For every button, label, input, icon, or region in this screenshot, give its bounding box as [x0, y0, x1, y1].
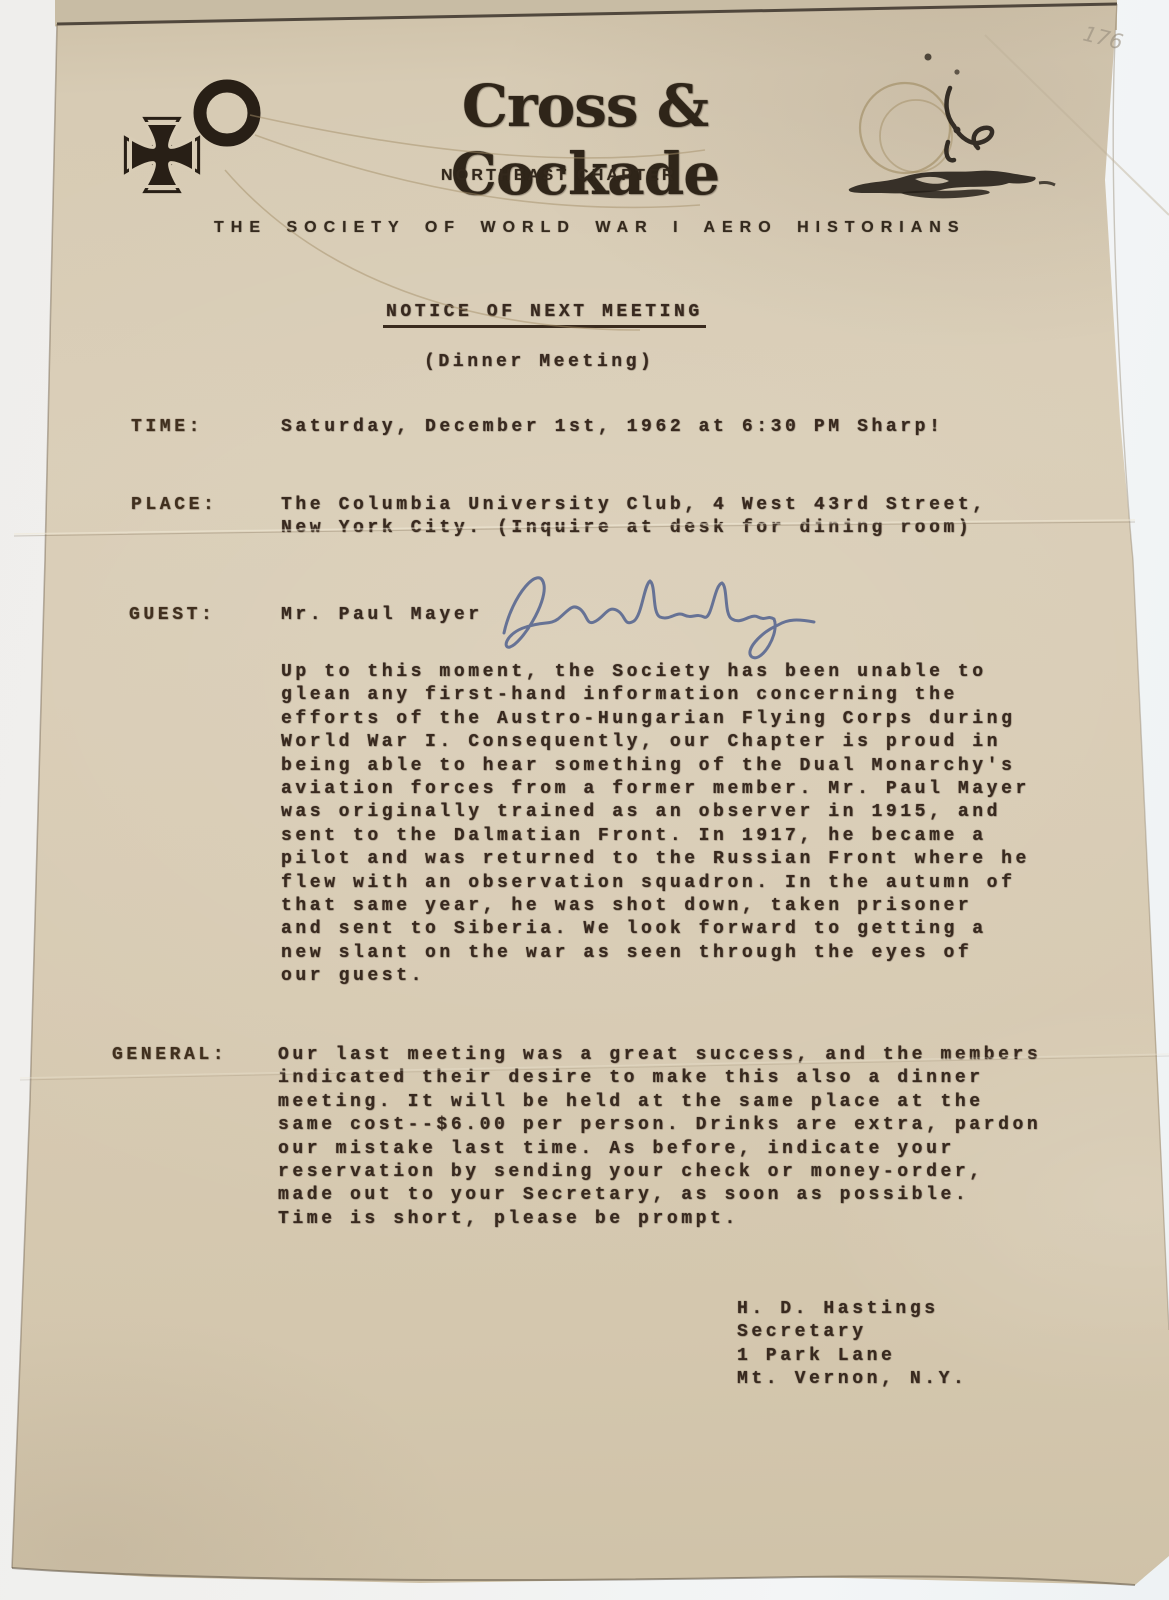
text-line: pilot and was returned to the Russian Fr…: [281, 848, 1030, 871]
text-line: same cost--$6.00 per person. Drinks are …: [278, 1114, 1041, 1137]
text-line: The Columbia University Club, 4 West 43r…: [281, 494, 987, 517]
text-line: indicated their desire to make this also…: [278, 1067, 1041, 1090]
text-line: Secretary: [737, 1320, 967, 1343]
notice-subheading: (Dinner Meeting): [424, 351, 654, 374]
letterhead-title: Cross & Cockade: [340, 72, 830, 208]
text-line: H. D. Hastings: [737, 1297, 967, 1320]
text-line: glean any first-hand information concern…: [281, 684, 1030, 707]
general-paragraph: Our last meeting was a great success, an…: [278, 1044, 1041, 1231]
cockade-ring-icon: [200, 86, 254, 140]
pencil-number-annotation: 176: [1081, 22, 1126, 55]
coffee-ring-stain: [860, 54, 960, 174]
text-line: New York City. (Inquire at desk for dini…: [281, 517, 987, 540]
text-line: Up to this moment, the Society has been …: [281, 661, 1030, 684]
text-line: sent to the Dalmatian Front. In 1917, he…: [281, 825, 1030, 848]
place-label: PLACE:: [131, 494, 217, 517]
guest-label: GUEST:: [129, 604, 215, 627]
text-line: was originally trained as an observer in…: [281, 801, 1030, 824]
society-name: THE SOCIETY OF WORLD WAR I AERO HISTORIA…: [214, 219, 966, 237]
text-line: that same year, he was shot down, taken …: [281, 895, 1030, 918]
paper-bottom-edge: [12, 1568, 1135, 1585]
time-value: Saturday, December 1st, 1962 at 6:30 PM …: [281, 416, 943, 439]
text-line: Our last meeting was a great success, an…: [278, 1044, 1041, 1067]
guest-name: Mr. Paul Mayer: [281, 604, 483, 627]
paper-left-edge: [12, 24, 57, 1568]
text-line: made out to your Secretary, as soon as p…: [278, 1184, 1041, 1207]
iron-cross-icon: [125, 118, 198, 191]
paper-right-edge: [1113, 4, 1169, 1330]
time-label: TIME:: [131, 416, 203, 439]
text-line: 1 Park Lane: [737, 1344, 967, 1367]
closing-block: H. D. HastingsSecretary1 Park LaneMt. Ve…: [737, 1297, 967, 1391]
text-line: reservation by sending your check or mon…: [278, 1161, 1041, 1184]
chapter-name: NORTHEAST CHAPTER: [441, 167, 677, 185]
text-line: Time is short, please be prompt.: [278, 1208, 1041, 1231]
notice-heading: NOTICE OF NEXT MEETING: [383, 301, 706, 328]
text-line: and sent to Siberia. We look forward to …: [281, 918, 1030, 941]
place-value: The Columbia University Club, 4 West 43r…: [281, 494, 987, 541]
text-line: efforts of the Austro-Hungarian Flying C…: [281, 708, 1030, 731]
text-line: aviation forces from a former member. Mr…: [281, 778, 1030, 801]
general-label: GENERAL:: [112, 1044, 227, 1067]
iron-cross-cockade-logo: [118, 68, 308, 208]
airplane-doodle-icon: [946, 88, 992, 160]
photo-background: Cross & Cockade NORTHEAST CHAPTER THE SO…: [0, 0, 1169, 1600]
text-line: meeting. It will be held at the same pla…: [278, 1091, 1041, 1114]
document-content: Cross & Cockade NORTHEAST CHAPTER THE SO…: [0, 0, 1169, 1600]
wrinkle-top-right: [985, 35, 1169, 215]
text-line: new slant on the war as seen through the…: [281, 942, 1030, 965]
text-line: our mistake last time. As before, indica…: [278, 1138, 1041, 1161]
text-line: being able to hear something of the Dual…: [281, 755, 1030, 778]
guest-paragraph: Up to this moment, the Society has been …: [281, 661, 1030, 988]
guest-signature-scrawl: [492, 555, 822, 670]
text-line: flew with an observation squadron. In th…: [281, 872, 1030, 895]
text-line: our guest.: [281, 965, 1030, 988]
ink-cloud-smudge: [849, 171, 1055, 199]
paper-top-edge: [57, 4, 1117, 24]
text-line: Mt. Vernon, N.Y.: [737, 1367, 967, 1390]
text-line: World War I. Consequently, our Chapter i…: [281, 731, 1030, 754]
